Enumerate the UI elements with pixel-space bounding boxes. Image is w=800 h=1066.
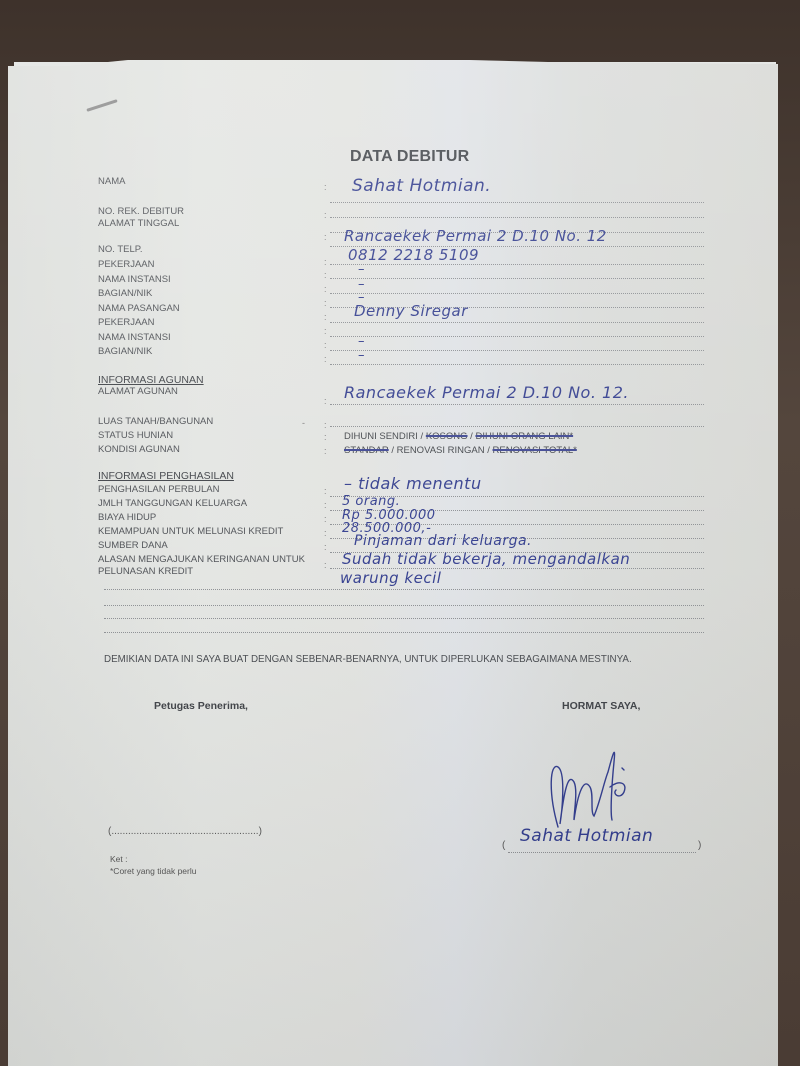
debtor-paren-close: ) <box>698 840 701 851</box>
label-nama-instansi: NAMA INSTANSI <box>98 274 171 285</box>
field-line <box>330 350 704 351</box>
label-nama-instansi-pasangan: NAMA INSTANSI <box>98 332 171 343</box>
field-line <box>104 632 704 633</box>
colon: : <box>324 560 327 570</box>
value-tanggungan: 5 orang. <box>342 494 400 509</box>
colon: : <box>324 432 327 442</box>
debtor-paren-open: ( <box>502 840 505 851</box>
field-line <box>330 264 704 265</box>
declaration-statement: DEMIKIAN DATA INI SAYA BUAT DENGAN SEBEN… <box>104 654 632 665</box>
colon: : <box>324 182 327 192</box>
label-status-hunian: STATUS HUNIAN <box>98 430 173 441</box>
value-alamat-tinggal: Rancaekek Permai 2 D.10 No. 12 <box>344 227 607 245</box>
notes-label: Ket : <box>110 854 127 864</box>
colon: : <box>324 312 327 322</box>
colon: : <box>324 257 327 267</box>
colon: : <box>324 420 327 430</box>
colon: : <box>324 354 327 364</box>
option-dihuni-sendiri: DIHUNI SENDIRI <box>344 431 418 442</box>
label-biaya-hidup: BIAYA HIDUP <box>98 512 156 523</box>
field-line <box>330 217 704 218</box>
field-line <box>330 364 704 365</box>
value-bagian-nik-pasangan: – <box>358 348 365 363</box>
label-bagian-nik: BAGIAN/NIK <box>98 288 152 299</box>
officer-name-line: (.......................................… <box>108 826 262 837</box>
label-pelunasan-kredit: PELUNASAN KREDIT <box>98 566 193 577</box>
value-nama-instansi-pasangan: – <box>358 334 365 349</box>
label-pekerjaan: PEKERJAAN <box>98 259 155 270</box>
label-sumber-dana: SUMBER DANA <box>98 540 168 551</box>
field-line <box>330 426 704 427</box>
colon: : <box>324 500 327 510</box>
label-tanggungan: JMLH TANGGUNGAN KELUARGA <box>98 498 247 509</box>
colon: : <box>324 210 327 220</box>
value-penghasilan-perbulan: – tidak menentu <box>344 474 482 493</box>
value-nama-pasangan: Denny Siregar <box>354 302 468 320</box>
section-heading-penghasilan: INFORMASI PENGHASILAN <box>98 470 234 482</box>
label-nama: NAMA <box>98 176 125 187</box>
debtor-name: Sahat Hotmian <box>520 826 653 846</box>
field-line <box>330 293 704 294</box>
pencil-mark <box>86 99 117 112</box>
colon: : <box>324 298 327 308</box>
option-renovasi-total: RENOVASI TOTAL* <box>493 445 577 456</box>
label-nama-pasangan: NAMA PASANGAN <box>98 303 180 314</box>
label-no-rek: NO. REK. DEBITUR <box>98 206 184 217</box>
colon: : <box>324 528 327 538</box>
label-bagian-nik-pasangan: BAGIAN/NIK <box>98 346 152 357</box>
colon: : <box>324 232 327 242</box>
label-kemampuan-melunasi: KEMAMPUAN UNTUK MELUNASI KREDIT <box>98 526 283 537</box>
colon: : <box>324 446 327 456</box>
field-line <box>330 322 704 323</box>
dash-mark: - <box>302 418 305 428</box>
notes-text: *Coret yang tidak perlu <box>110 866 196 876</box>
value-pekerjaan: – <box>358 262 365 277</box>
separator: / <box>389 445 397 456</box>
option-renovasi-ringan: RENOVASI RINGAN <box>397 445 485 456</box>
colon: : <box>324 326 327 336</box>
document-title: DATA DEBITUR <box>350 148 469 166</box>
field-line <box>330 336 704 337</box>
field-line <box>330 278 704 279</box>
colon: : <box>324 270 327 280</box>
colon: : <box>324 340 327 350</box>
option-kosong: KOSONG <box>426 431 468 442</box>
status-hunian-options: DIHUNI SENDIRI / KOSONG / DIHUNI ORANG L… <box>344 431 573 442</box>
value-alamat-agunan: Rancaekek Permai 2 D.10 No. 12. <box>344 383 629 402</box>
colon: : <box>324 396 327 406</box>
label-alamat-tinggal: ALAMAT TINGGAL <box>98 218 179 229</box>
value-no-telp: 0812 2218 5109 <box>348 246 479 264</box>
debtor-name-line <box>508 852 696 853</box>
field-line <box>330 404 704 405</box>
value-alasan-keringanan: Sudah tidak bekerja, mengandalkan <box>342 550 630 568</box>
value-nama: Sahat Hotmian. <box>352 176 491 196</box>
label-luas-tanah: LUAS TANAH/BANGUNAN <box>98 416 213 427</box>
label-penghasilan-perbulan: PENGHASILAN PERBULAN <box>98 484 219 495</box>
label-no-telp: NO. TELP. <box>98 244 143 255</box>
field-line <box>104 618 704 619</box>
kondisi-agunan-options: STANDAR / RENOVASI RINGAN / RENOVASI TOT… <box>344 445 577 456</box>
colon: : <box>324 284 327 294</box>
label-alamat-agunan: ALAMAT AGUNAN <box>98 386 178 397</box>
colon: : <box>324 542 327 552</box>
field-line <box>104 605 704 606</box>
label-kondisi-agunan: KONDISI AGUNAN <box>98 444 180 455</box>
option-standar: STANDAR <box>344 445 389 456</box>
option-dihuni-orang-lain: DIHUNI ORANG LAIN* <box>475 431 573 442</box>
field-line <box>104 589 704 590</box>
officer-label: Petugas Penerima, <box>154 700 248 712</box>
label-pekerjaan-pasangan: PEKERJAAN <box>98 317 155 328</box>
field-line <box>330 202 704 203</box>
separator: / <box>418 431 426 442</box>
label-alasan-keringanan: ALASAN MENGAJUKAN KERINGANAN UNTUK <box>98 554 305 565</box>
debtor-label: HORMAT SAYA, <box>562 700 640 712</box>
colon: : <box>324 486 327 496</box>
section-heading-agunan: INFORMASI AGUNAN <box>98 374 204 386</box>
colon: : <box>324 514 327 524</box>
document-sheet: DATA DEBITUR NAMA : Sahat Hotmian. NO. R… <box>8 60 778 1066</box>
value-alasan-lanjutan: warung kecil <box>340 569 441 587</box>
value-sumber-dana: Pinjaman dari keluarga. <box>354 533 532 549</box>
separator: / <box>485 445 493 456</box>
